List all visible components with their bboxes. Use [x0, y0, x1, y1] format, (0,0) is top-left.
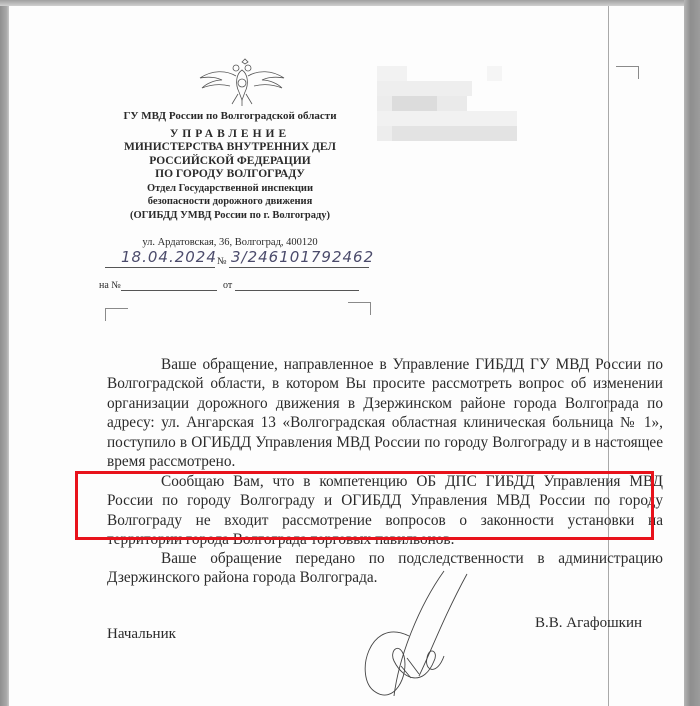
upravlenie-line: УПРАВЛЕНИЕ [95, 128, 365, 142]
address-corner-mark [616, 66, 639, 79]
red-highlight-box [75, 471, 654, 540]
reply-to-underline [121, 290, 217, 291]
ministry-line: ПО ГОРОДУ ВОЛГОГРАДУ [95, 168, 365, 182]
registration-date: 18.04.2024 [121, 248, 217, 266]
date-underline [105, 267, 215, 268]
paragraph-text: Ваше обращение, направленное в Управлени… [107, 355, 663, 471]
agency-line: ГУ МВД России по Волгоградской области [95, 110, 365, 124]
letterhead: ГУ МВД России по Волгоградской области У… [95, 110, 365, 250]
subject-corner-mark-left [105, 308, 128, 321]
department-line: (ОГИБДД УМВД России по г. Волгограду) [95, 209, 365, 223]
handwritten-signature [349, 566, 479, 706]
subject-corner-mark-right [348, 302, 371, 315]
signer-name: В.В. Агафошкин [535, 615, 642, 632]
registration-number: 3/246101792462 [231, 248, 374, 266]
department-line: Отдел Государственной инспекции [95, 182, 365, 196]
number-underline [229, 267, 369, 268]
signer-title: Начальник [107, 626, 176, 643]
scan-edge-right [684, 0, 700, 706]
reply-to-label: на № [99, 280, 121, 291]
document-page: ГУ МВД России по Волгоградской области У… [9, 6, 684, 706]
paragraph-1: Ваше обращение, направленное в Управлени… [107, 355, 663, 471]
redacted-recipient [377, 66, 527, 146]
from-label: от [223, 280, 232, 291]
ministry-line: РОССИЙСКОЙ ФЕДЕРАЦИИ [95, 155, 365, 169]
double-headed-eagle-icon [192, 56, 292, 108]
ministry-line: МИНИСТЕРСТВА ВНУТРЕННИХ ДЕЛ [95, 141, 365, 155]
from-underline [235, 290, 359, 291]
department-line: безопасности дорожного движения [95, 195, 365, 209]
number-label: № [217, 256, 227, 267]
scan-edge-left [0, 0, 9, 706]
